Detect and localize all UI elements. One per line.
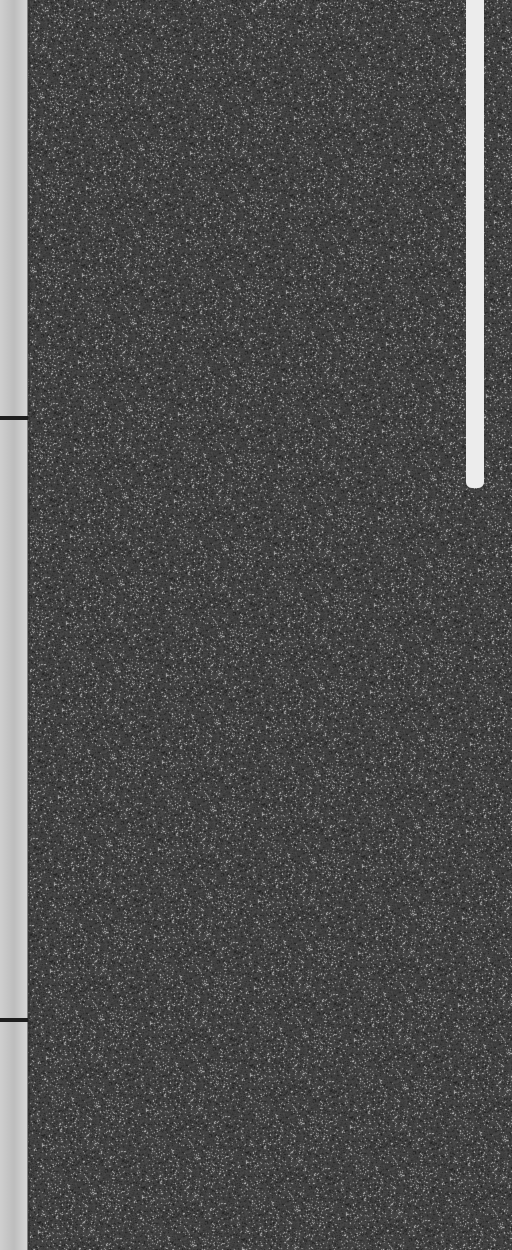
curb-joint — [0, 1018, 28, 1022]
road-scene: Top-down aerial photograph of an asphalt… — [0, 0, 512, 1250]
curb-joint — [0, 416, 28, 420]
concrete-curb — [0, 0, 28, 1250]
asphalt-surface — [0, 0, 512, 1250]
curb-edge — [27, 0, 30, 1250]
lane-marking — [466, 0, 484, 488]
